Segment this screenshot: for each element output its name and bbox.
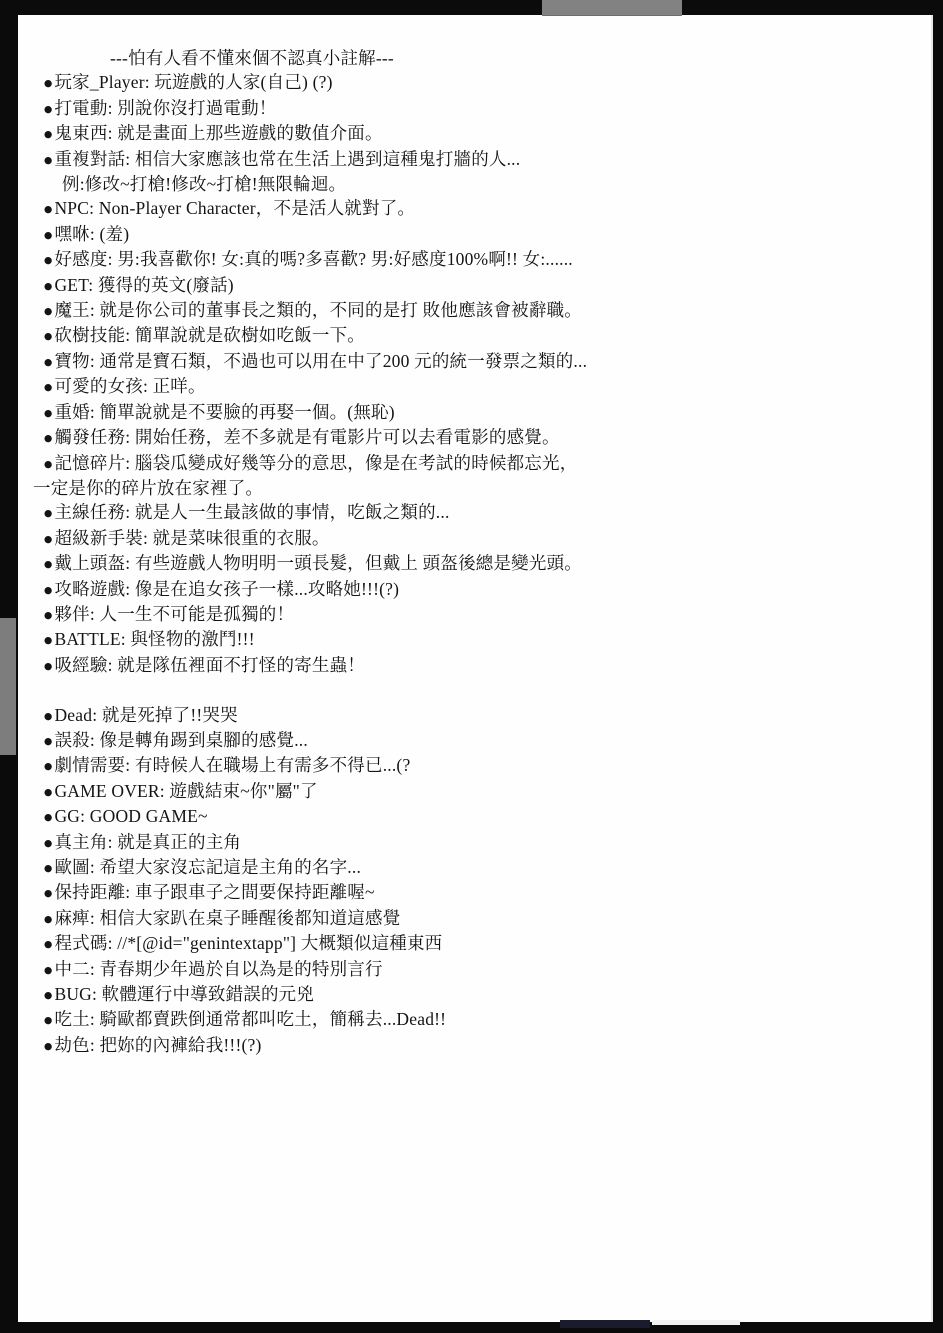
note-line: 一定是你的碎片放在家裡了。: [33, 476, 923, 500]
bullet-icon: ●: [43, 223, 53, 247]
bullet-icon: ●: [43, 629, 53, 653]
bullet-icon: ●: [43, 984, 53, 1008]
bullet-icon: ●: [43, 527, 53, 551]
entry-text: 主線任務: 就是人一生最該做的事情，吃飯之類的...: [54, 502, 449, 522]
entry-text: 觸發任務: 開始任務，差不多就是有電影片可以去看電影的感覺。: [54, 427, 559, 447]
entry-text: BUG: 軟體運行中導致錯誤的元兇: [54, 984, 314, 1004]
note-line: ●歐圖: 希望大家沒忘記這是主角的名字...: [33, 855, 923, 880]
bullet-icon: ●: [43, 325, 53, 349]
bullet-icon: ●: [43, 704, 53, 728]
left-gray-strip: [0, 618, 16, 755]
bullet-icon: ●: [43, 123, 53, 147]
bullet-icon: ●: [43, 300, 53, 324]
bullet-icon: ●: [43, 603, 53, 627]
bullet-icon: ●: [43, 72, 53, 96]
note-line: ●重婚: 簡單說就是不要臉的再娶一個。(無恥): [33, 400, 923, 425]
note-line: ●夥伴: 人一生不可能是孤獨的！: [33, 602, 923, 627]
bullet-icon: ●: [43, 654, 53, 678]
bullet-icon: ●: [43, 148, 53, 172]
note-line: ●程式碼: //*[@id="genintextapp"] 大概類似這種東西: [33, 931, 923, 956]
entry-text: ---怕有人看不懂來個不認真小註解---: [110, 48, 394, 68]
bullet-icon: ●: [43, 907, 53, 931]
entry-text: 超級新手裝: 就是菜味很重的衣服。: [54, 528, 329, 548]
bottom-dark-mark: [560, 1320, 650, 1328]
entry-text: GET: 獲得的英文(廢話): [54, 275, 233, 295]
entry-list: ---怕有人看不懂來個不認真小註解---●玩家_Player: 玩遊戲的人家(自…: [33, 46, 923, 1058]
bullet-icon: ●: [43, 578, 53, 602]
entry-text: 一定是你的碎片放在家裡了。: [33, 478, 263, 498]
entry-text: 打電動: 別說你沒打過電動！: [54, 98, 276, 118]
bullet-icon: ●: [43, 780, 53, 804]
entry-text: Dead: 就是死掉了!!哭哭: [54, 705, 237, 725]
note-line: [33, 678, 923, 702]
bullet-icon: ●: [43, 755, 53, 779]
note-line: ●吸經驗: 就是隊伍裡面不打怪的寄生蟲！: [33, 653, 923, 678]
bullet-icon: ●: [43, 806, 53, 830]
note-line: ●玩家_Player: 玩遊戲的人家(自己) (?): [33, 70, 923, 95]
entry-text: 嘿咻: (羞): [54, 224, 129, 244]
note-line: 例:修改~打槍!修改~打槍!無限輪迴。: [33, 172, 923, 196]
entry-text: 例:修改~打槍!修改~打槍!無限輪迴。: [62, 174, 346, 194]
note-line: ●GG: GOOD GAME~: [33, 804, 923, 829]
note-line: ●劇情需要: 有時候人在職場上有需多不得已...(?: [33, 753, 923, 778]
page-frame: ---怕有人看不懂來個不認真小註解---●玩家_Player: 玩遊戲的人家(自…: [0, 0, 943, 1333]
entry-text: 寶物: 通常是寶石類，不過也可以用在中了200 元的統一發票之類的...: [54, 351, 587, 371]
bullet-icon: ●: [43, 1009, 53, 1033]
bullet-icon: ●: [43, 502, 53, 526]
entry-text: [33, 680, 38, 700]
note-line: ●重複對話: 相信大家應該也常在生活上遇到這種鬼打牆的人...: [33, 147, 923, 172]
page-title: ---怕有人看不懂來個不認真小註解---: [33, 46, 923, 70]
note-line: ●BATTLE: 與怪物的激鬥!!!: [33, 627, 923, 652]
entry-text: 戴上頭盔: 有些遊戲人物明明一頭長髮，但戴上 頭盔後總是變光頭。: [54, 553, 582, 573]
note-line: ●魔王: 就是你公司的董事長之類的，不同的是打 敗他應該會被辭職。: [33, 298, 923, 323]
entry-text: 誤殺: 像是轉角踢到桌腳的感覺...: [54, 730, 307, 750]
note-line: ●BUG: 軟體運行中導致錯誤的元兇: [33, 982, 923, 1007]
entry-text: 記憶碎片: 腦袋瓜變成好幾等分的意思，像是在考試的時候都忘光，: [54, 453, 577, 473]
note-line: ●砍樹技能: 簡單說就是砍樹如吃飯一下。: [33, 323, 923, 348]
bullet-icon: ●: [43, 401, 53, 425]
entry-text: 劇情需要: 有時候人在職場上有需多不得已...(?: [54, 755, 410, 775]
note-line: ●好感度: 男:我喜歡你! 女:真的嗎?多喜歡? 男:好感度100%啊!! 女:…: [33, 247, 923, 272]
bullet-icon: ●: [43, 452, 53, 476]
entry-text: 麻痺: 相信大家趴在桌子睡醒後都知道這感覺: [54, 908, 400, 928]
note-line: ●鬼東西: 就是畫面上那些遊戲的數值介面。: [33, 121, 923, 146]
entry-text: 夥伴: 人一生不可能是孤獨的！: [54, 604, 294, 624]
entry-text: GAME OVER: 遊戲結束~你"屬"了: [54, 781, 317, 801]
note-line: ●Dead: 就是死掉了!!哭哭: [33, 703, 923, 728]
note-line: ●戴上頭盔: 有些遊戲人物明明一頭長髮，但戴上 頭盔後總是變光頭。: [33, 551, 923, 576]
bullet-icon: ●: [43, 249, 53, 273]
entry-text: 鬼東西: 就是畫面上那些遊戲的數值介面。: [54, 123, 382, 143]
entry-text: 玩家_Player: 玩遊戲的人家(自己) (?): [54, 72, 332, 92]
note-line: ●寶物: 通常是寶石類，不過也可以用在中了200 元的統一發票之類的...: [33, 349, 923, 374]
note-line: ●超級新手裝: 就是菜味很重的衣服。: [33, 526, 923, 551]
entry-text: 真主角: 就是真正的主角: [54, 832, 241, 852]
note-line: ●吃土: 騎歐都賣跌倒通常都叫吃土，簡稱去...Dead!!: [33, 1007, 923, 1032]
note-line: ●嘿咻: (羞): [33, 222, 923, 247]
entry-text: 劫色: 把妳的內褲給我!!!(?): [54, 1035, 261, 1055]
note-line: ●可愛的女孩: 正咩。: [33, 374, 923, 399]
entry-text: 攻略遊戲: 像是在追女孩子一樣...攻略她!!!(?): [54, 579, 399, 599]
note-line: ●麻痺: 相信大家趴在桌子睡醒後都知道這感覺: [33, 906, 923, 931]
entry-text: 魔王: 就是你公司的董事長之類的，不同的是打 敗他應該會被辭職。: [54, 300, 582, 320]
top-gray-tab: [542, 0, 682, 16]
note-line: ●記憶碎片: 腦袋瓜變成好幾等分的意思，像是在考試的時候都忘光，: [33, 451, 923, 476]
note-line: ●NPC: Non-Player Character，不是活人就對了。: [33, 196, 923, 221]
note-line: ●中二: 青春期少年過於自以為是的特別言行: [33, 957, 923, 982]
entry-text: 重婚: 簡單說就是不要臉的再娶一個。(無恥): [54, 402, 394, 422]
scan-page: ---怕有人看不懂來個不認真小註解---●玩家_Player: 玩遊戲的人家(自…: [18, 15, 933, 1322]
entry-text: 重複對話: 相信大家應該也常在生活上遇到這種鬼打牆的人...: [54, 149, 520, 169]
bullet-icon: ●: [43, 274, 53, 298]
entry-text: 好感度: 男:我喜歡你! 女:真的嗎?多喜歡? 男:好感度100%啊!! 女:.…: [54, 249, 572, 269]
note-line: ●觸發任務: 開始任務，差不多就是有電影片可以去看電影的感覺。: [33, 425, 923, 450]
entry-text: GG: GOOD GAME~: [54, 806, 207, 826]
bullet-icon: ●: [43, 856, 53, 880]
bullet-icon: ●: [43, 198, 53, 222]
note-line: ●劫色: 把妳的內褲給我!!!(?): [33, 1033, 923, 1058]
note-line: ●真主角: 就是真正的主角: [33, 830, 923, 855]
bullet-icon: ●: [43, 831, 53, 855]
bullet-icon: ●: [43, 882, 53, 906]
entry-text: 砍樹技能: 簡單說就是砍樹如吃飯一下。: [54, 325, 365, 345]
note-line: ●打電動: 別說你沒打過電動！: [33, 96, 923, 121]
bullet-icon: ●: [43, 958, 53, 982]
bottom-light-notch: [652, 1320, 740, 1325]
bullet-icon: ●: [43, 376, 53, 400]
note-line: ●GAME OVER: 遊戲結束~你"屬"了: [33, 779, 923, 804]
entry-text: 程式碼: //*[@id="genintextapp"] 大概類似這種東西: [54, 933, 442, 953]
note-line: ●主線任務: 就是人一生最該做的事情，吃飯之類的...: [33, 500, 923, 525]
bullet-icon: ●: [43, 933, 53, 957]
bullet-icon: ●: [43, 97, 53, 121]
note-line: ●保持距離: 車子跟車子之間要保持距離喔~: [33, 880, 923, 905]
entry-text: 中二: 青春期少年過於自以為是的特別言行: [54, 959, 382, 979]
note-line: ●攻略遊戲: 像是在追女孩子一樣...攻略她!!!(?): [33, 577, 923, 602]
entry-text: BATTLE: 與怪物的激鬥!!!: [54, 629, 254, 649]
bullet-icon: ●: [43, 1034, 53, 1058]
entry-text: 吃土: 騎歐都賣跌倒通常都叫吃土，簡稱去...Dead!!: [54, 1009, 446, 1029]
entry-text: 吸經驗: 就是隊伍裡面不打怪的寄生蟲！: [54, 655, 365, 675]
bullet-icon: ●: [43, 350, 53, 374]
bullet-icon: ●: [43, 553, 53, 577]
entry-text: 歐圖: 希望大家沒忘記這是主角的名字...: [54, 857, 361, 877]
note-line: ●GET: 獲得的英文(廢話): [33, 273, 923, 298]
entry-text: NPC: Non-Player Character，不是活人就對了。: [54, 198, 415, 218]
bullet-icon: ●: [43, 427, 53, 451]
note-line: ●誤殺: 像是轉角踢到桌腳的感覺...: [33, 728, 923, 753]
bullet-icon: ●: [43, 729, 53, 753]
entry-text: 保持距離: 車子跟車子之間要保持距離喔~: [54, 882, 374, 902]
entry-text: 可愛的女孩: 正咩。: [54, 376, 205, 396]
